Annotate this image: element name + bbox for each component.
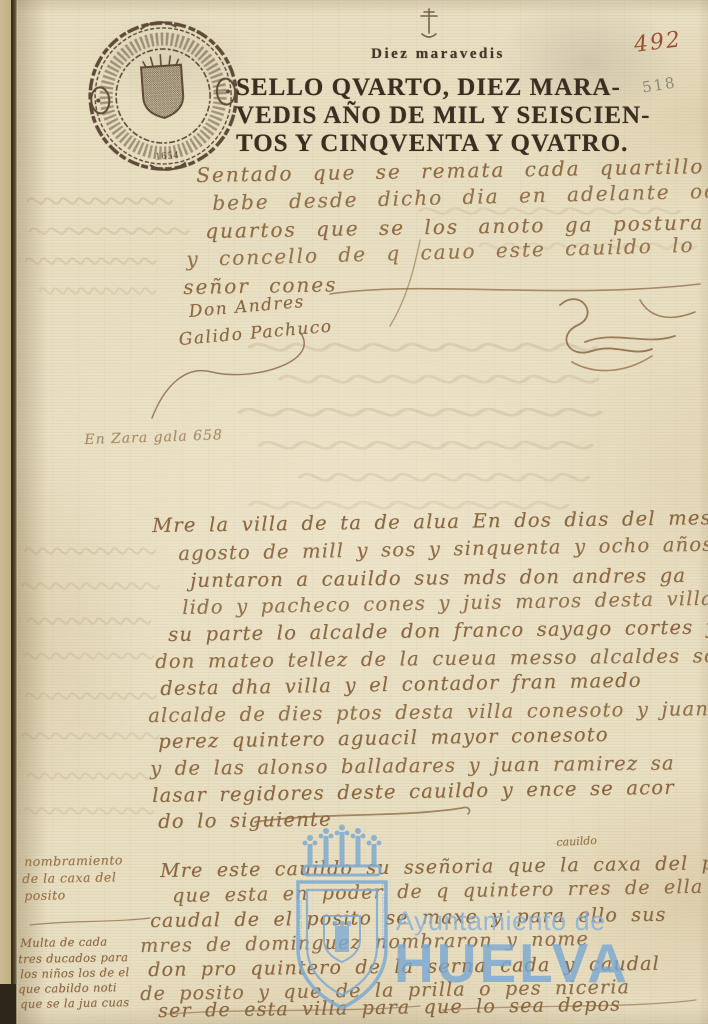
manuscript-scan-page: 1654 Diez maravedis SELLO QVARTO, DIEZ M… [0, 0, 708, 1024]
margin-note-line: que se la jua cuas [20, 995, 130, 1011]
margin-note-line: que cabildo noti [18, 980, 117, 996]
watermark-city-name: HUELVA [394, 931, 630, 995]
margin-note-line: los niños los de el [20, 965, 130, 981]
margin-note-line: de la caxa del [22, 869, 116, 886]
margin-note-line: Multa de cada [20, 934, 107, 950]
margin-note-line: posito [24, 887, 66, 903]
huelva-coat-of-arms-watermark: PORTUS MARIS ET TERRA CUSTODIA [286, 826, 398, 1022]
margin-note-line: nombramiento [24, 852, 123, 869]
watermark-motto-left: PORTUS MARIS [298, 900, 304, 946]
interlinear-note: cauildo [556, 834, 597, 849]
watermark-motto-right: ET TERRA CUSTODIA [380, 884, 386, 946]
margin-note-line: tres ducados para [18, 950, 128, 966]
